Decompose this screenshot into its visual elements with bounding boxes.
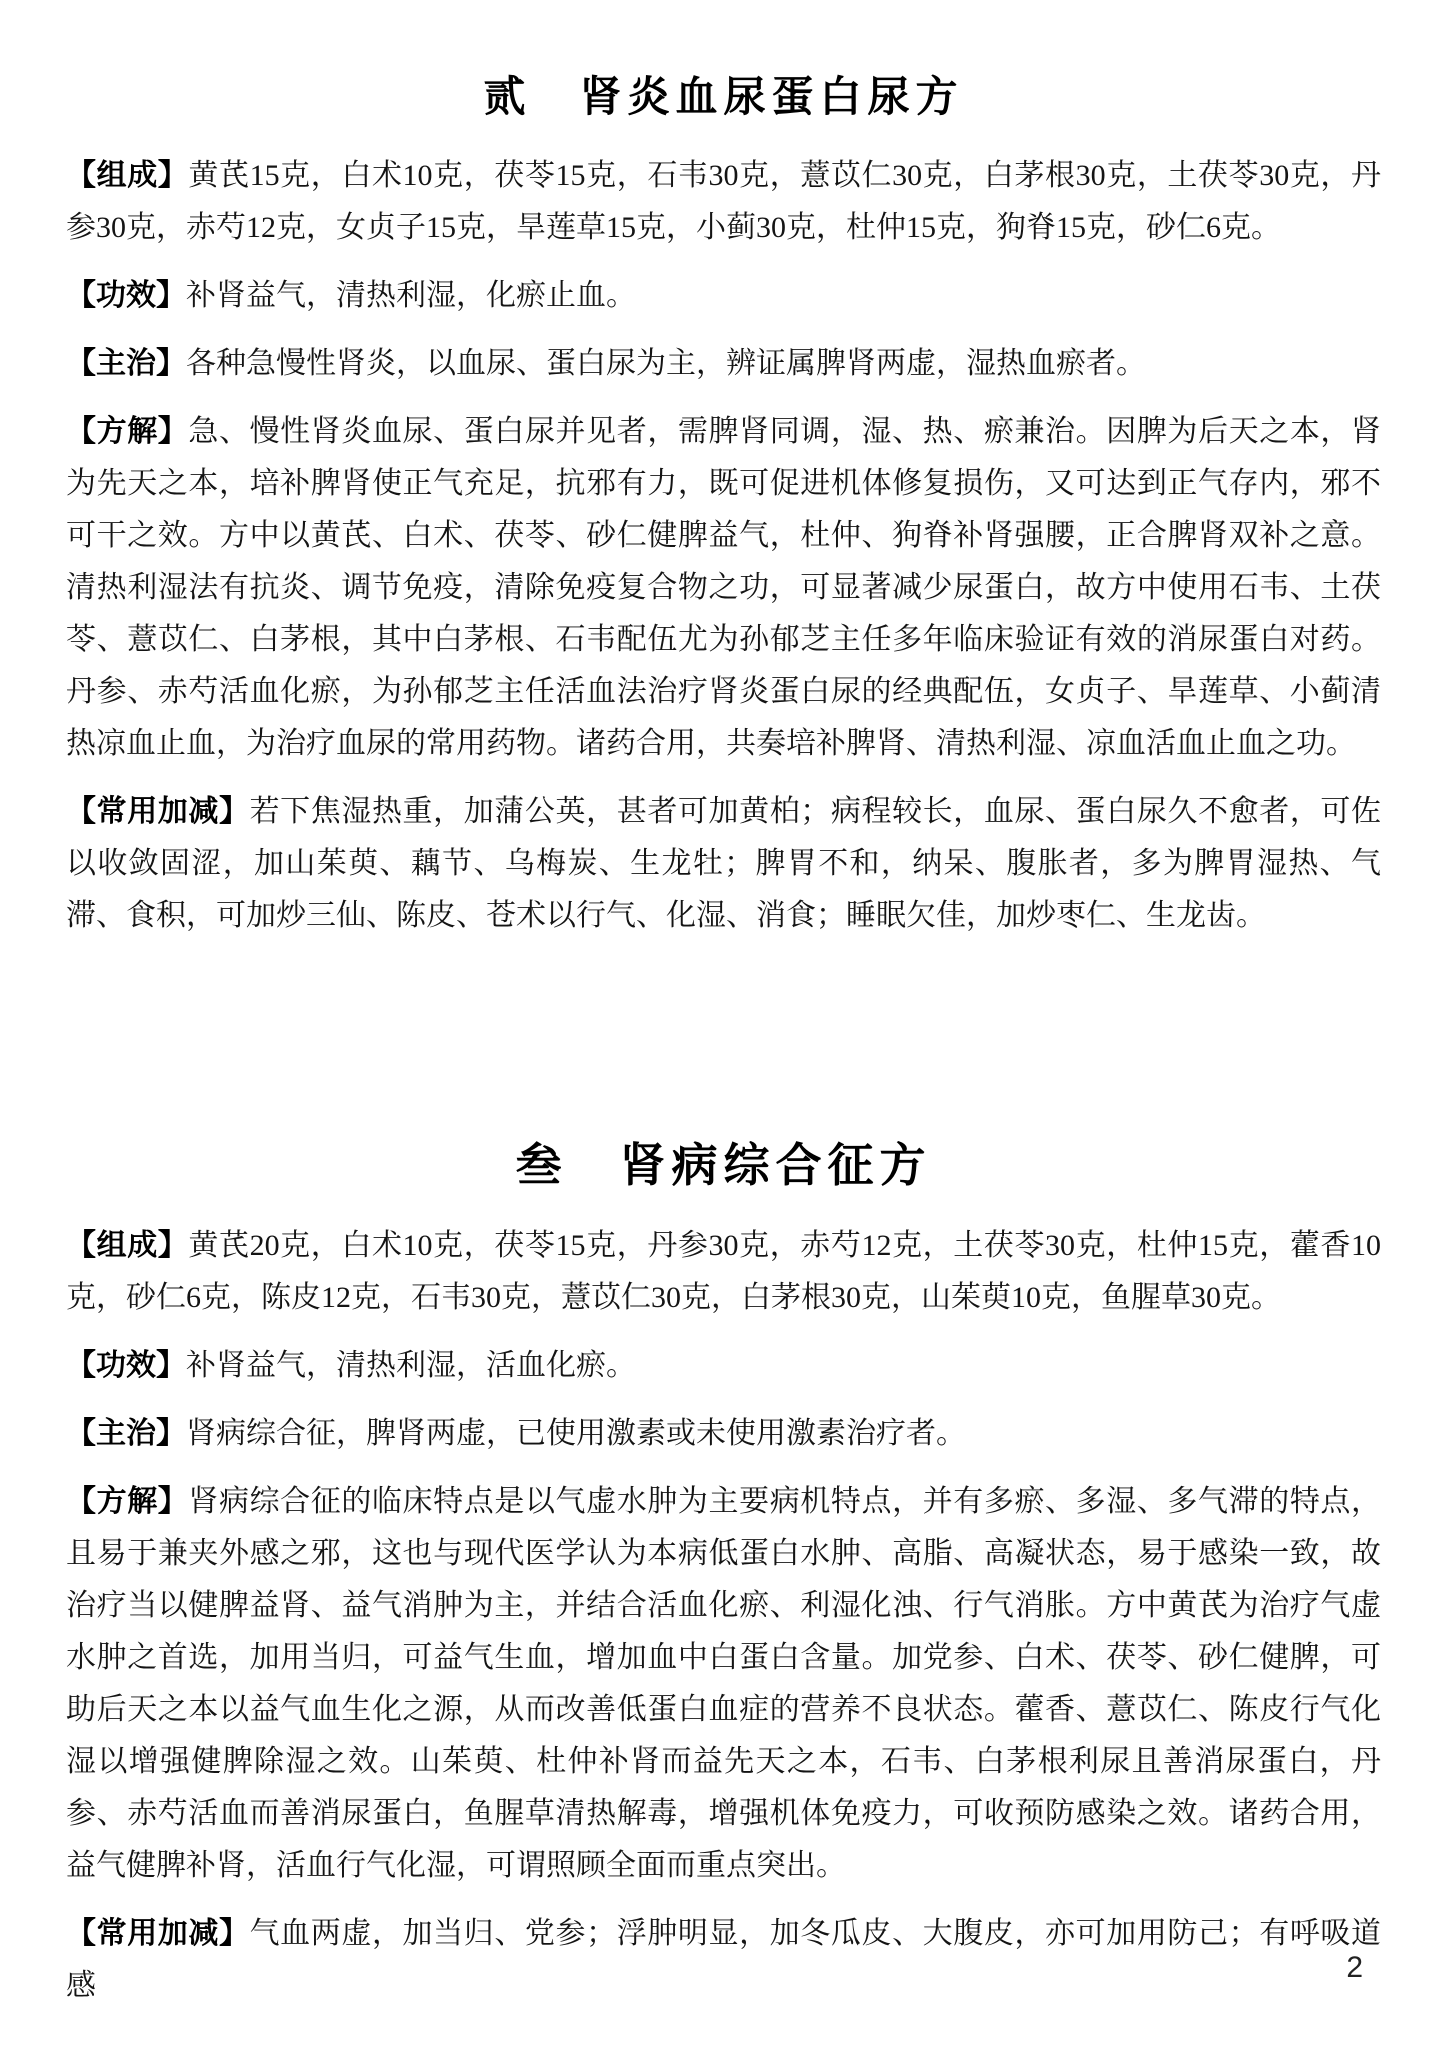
paragraph-text: 补肾益气，清热利湿，化瘀止血。	[186, 279, 636, 312]
paragraph-text: 若下焦湿热重，加蒲公英，甚者可加黄柏；病程较长，血尿、蛋白尿久不愈者，可佐以收敛…	[66, 795, 1381, 932]
document-page: 贰 肾炎血尿蛋白尿方 【组成】黄芪15克，白术10克，茯苓15克，石韦30克，薏…	[0, 0, 1447, 2048]
paragraph-formula-analysis: 【方解】急、慢性肾炎血尿、蛋白尿并见者，需脾肾同调，湿、热、瘀兼治。因脾为后天之…	[66, 406, 1381, 770]
paragraph-indications: 【主治】肾病综合征，脾肾两虚，已使用激素或未使用激素治疗者。	[66, 1408, 1381, 1460]
paragraph-label: 【常用加减】	[66, 795, 250, 828]
section-title: 贰 肾炎血尿蛋白尿方	[66, 0, 1381, 124]
paragraph-efficacy: 【功效】补肾益气，清热利湿，化瘀止血。	[66, 270, 1381, 322]
paragraph-text: 补肾益气，清热利湿，活血化瘀。	[186, 1349, 636, 1382]
paragraph-composition: 【组成】黄芪20克，白术10克，茯苓15克，丹参30克，赤芍12克，土茯苓30克…	[66, 1220, 1381, 1324]
paragraph-label: 【方解】	[66, 415, 188, 448]
paragraph-text: 黄芪20克，白术10克，茯苓15克，丹参30克，赤芍12克，土茯苓30克，杜仲1…	[66, 1229, 1381, 1314]
paragraph-formula-analysis: 【方解】肾病综合征的临床特点是以气虚水肿为主要病机特点，并有多瘀、多湿、多气滞的…	[66, 1476, 1381, 1892]
section-title: 叁 肾病综合征方	[66, 1138, 1381, 1194]
page-number: 2	[1346, 1948, 1363, 1988]
paragraph-label: 【功效】	[66, 1349, 186, 1382]
paragraph-common-modifications: 【常用加减】若下焦湿热重，加蒲公英，甚者可加黄柏；病程较长，血尿、蛋白尿久不愈者…	[66, 786, 1381, 942]
paragraph-common-modifications: 【常用加减】气血两虚，加当归、党参；浮肿明显，加冬瓜皮、大腹皮，亦可加用防己；有…	[66, 1908, 1381, 2012]
section-nephrotic-syndrome: 叁 肾病综合征方 【组成】黄芪20克，白术10克，茯苓15克，丹参30克，赤芍1…	[66, 1138, 1381, 2012]
paragraph-text: 肾病综合征，脾肾两虚，已使用激素或未使用激素治疗者。	[186, 1417, 966, 1450]
paragraph-label: 【主治】	[66, 1417, 186, 1450]
paragraph-label: 【组成】	[66, 1229, 188, 1262]
paragraph-label: 【功效】	[66, 279, 186, 312]
paragraph-label: 【组成】	[66, 159, 188, 192]
paragraph-text: 急、慢性肾炎血尿、蛋白尿并见者，需脾肾同调，湿、热、瘀兼治。因脾为后天之本，肾为…	[66, 415, 1381, 760]
paragraph-composition: 【组成】黄芪15克，白术10克，茯苓15克，石韦30克，薏苡仁30克，白茅根30…	[66, 150, 1381, 254]
paragraph-label: 【方解】	[66, 1485, 188, 1518]
paragraph-label: 【主治】	[66, 347, 186, 380]
paragraph-text: 肾病综合征的临床特点是以气虚水肿为主要病机特点，并有多瘀、多湿、多气滞的特点，且…	[66, 1485, 1381, 1882]
paragraph-efficacy: 【功效】补肾益气，清热利湿，活血化瘀。	[66, 1340, 1381, 1392]
paragraph-text: 各种急慢性肾炎，以血尿、蛋白尿为主，辨证属脾肾两虚，湿热血瘀者。	[186, 347, 1146, 380]
paragraph-label: 【常用加减】	[66, 1917, 250, 1950]
paragraph-indications: 【主治】各种急慢性肾炎，以血尿、蛋白尿为主，辨证属脾肾两虚，湿热血瘀者。	[66, 338, 1381, 390]
paragraph-text: 黄芪15克，白术10克，茯苓15克，石韦30克，薏苡仁30克，白茅根30克，土茯…	[66, 159, 1381, 244]
paragraph-text: 气血两虚，加当归、党参；浮肿明显，加冬瓜皮、大腹皮，亦可加用防己；有呼吸道感	[66, 1917, 1381, 2002]
section-nephritis-hematuria-proteinuria: 贰 肾炎血尿蛋白尿方 【组成】黄芪15克，白术10克，茯苓15克，石韦30克，薏…	[66, 0, 1381, 942]
